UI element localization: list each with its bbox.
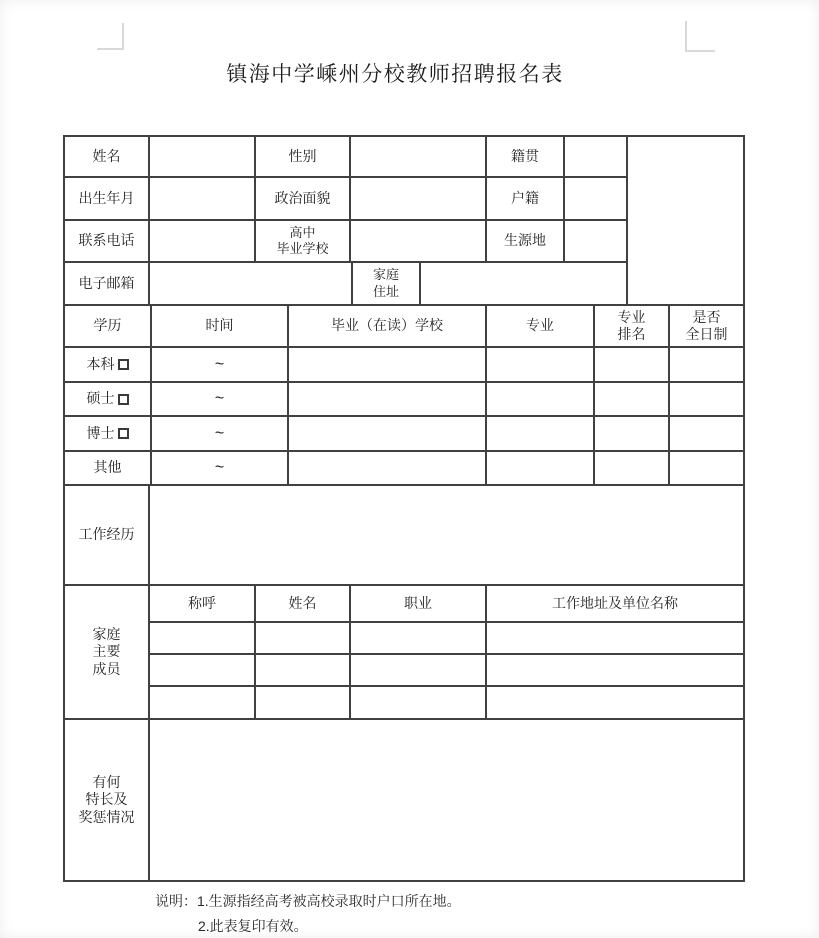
master-rank-cell xyxy=(595,383,670,417)
family3-workplace-cell xyxy=(487,687,743,720)
political-status-value-cell xyxy=(351,178,487,221)
basic-row-phone: 联系电话 高中 毕业学校 生源地 xyxy=(65,221,628,263)
master-label-text: 硕士 xyxy=(87,390,115,408)
student-origin-value-cell xyxy=(565,221,628,263)
family-header-row: 称呼 姓名 职业 工作地址及单位名称 xyxy=(150,586,743,623)
work-experience-value-cell xyxy=(150,486,743,586)
master-school-cell xyxy=(289,383,487,417)
family1-name-cell xyxy=(256,623,351,655)
education-header-row: 学历 时间 毕业（在读）学校 专业 专业 排名 是否 全日制 xyxy=(65,306,743,348)
education-school-header: 毕业（在读）学校 xyxy=(289,306,487,348)
doctor-major-cell xyxy=(487,417,595,452)
education-row-other: 其他 ~ xyxy=(65,452,743,486)
birth-date-label: 出生年月 xyxy=(65,178,150,221)
household-registration-value-cell xyxy=(565,178,628,221)
family-name-header: 姓名 xyxy=(256,586,351,623)
page-corner-mark-right xyxy=(685,21,715,52)
family1-title-cell xyxy=(150,623,256,655)
note-line-1: 说明：1.生源指经高考被高校录取时户口所在地。 xyxy=(155,889,461,914)
doctor-checkbox-icon xyxy=(118,428,129,439)
recruitment-form-table: 姓名 性别 籍贯 出生年月 政治面貌 户籍 联系电话 高中 毕业 xyxy=(63,135,745,882)
family2-workplace-cell xyxy=(487,655,743,687)
gender-value-cell xyxy=(351,137,487,178)
doctor-label: 博士 xyxy=(65,417,152,452)
family2-title-cell xyxy=(150,655,256,687)
family1-occupation-cell xyxy=(351,623,487,655)
email-value-cell xyxy=(150,263,353,306)
family2-occupation-cell xyxy=(351,655,487,687)
basic-row-email: 电子邮箱 家庭 住址 xyxy=(65,263,628,306)
master-time-cell: ~ xyxy=(152,383,289,417)
bachelor-time-cell: ~ xyxy=(152,348,289,383)
education-time-header: 时间 xyxy=(152,306,289,348)
education-major-header: 专业 xyxy=(487,306,595,348)
master-label: 硕士 xyxy=(65,383,152,417)
other-label: 其他 xyxy=(65,452,152,486)
family3-name-cell xyxy=(256,687,351,720)
family-occupation-header: 职业 xyxy=(351,586,487,623)
doctor-label-text: 博士 xyxy=(87,425,115,443)
name-value-cell xyxy=(150,137,256,178)
specialty-label-line3: 奖惩情况 xyxy=(79,809,135,827)
education-fulltime-header: 是否 全日制 xyxy=(670,306,743,348)
education-row-master: 硕士 ~ xyxy=(65,383,743,417)
family1-workplace-cell xyxy=(487,623,743,655)
family-row-3 xyxy=(150,687,743,720)
family2-name-cell xyxy=(256,655,351,687)
high-school-label-line2: 毕业学校 xyxy=(276,241,328,257)
education-rank-header: 专业 排名 xyxy=(595,306,670,348)
bachelor-label: 本科 xyxy=(65,348,152,383)
specialty-section: 有何 特长及 奖惩情况 xyxy=(65,720,743,880)
doctor-time-cell: ~ xyxy=(152,417,289,452)
family3-title-cell xyxy=(150,687,256,720)
name-label: 姓名 xyxy=(65,137,150,178)
family-label-line2: 主要 xyxy=(93,643,121,661)
work-experience-section: 工作经历 xyxy=(65,486,743,586)
other-rank-cell xyxy=(595,452,670,486)
doctor-school-cell xyxy=(289,417,487,452)
political-status-label: 政治面貌 xyxy=(256,178,351,221)
family-label-line3: 成员 xyxy=(93,661,121,679)
bachelor-major-cell xyxy=(487,348,595,383)
home-address-label-line1: 家庭 xyxy=(373,267,399,283)
basic-info-section: 姓名 性别 籍贯 出生年月 政治面貌 户籍 联系电话 高中 毕业 xyxy=(65,137,743,306)
master-major-cell xyxy=(487,383,595,417)
specialty-label-line1: 有何 xyxy=(93,774,121,792)
family-label: 家庭 主要 成员 xyxy=(65,586,150,720)
native-place-label: 籍贯 xyxy=(487,137,565,178)
household-registration-label: 户籍 xyxy=(487,178,565,221)
doctor-fulltime-cell xyxy=(670,417,743,452)
family-label-line1: 家庭 xyxy=(93,626,121,644)
fulltime-header-line1: 是否 xyxy=(693,309,721,327)
basic-info-left-block: 姓名 性别 籍贯 出生年月 政治面貌 户籍 联系电话 高中 毕业 xyxy=(65,137,628,306)
native-place-value-cell xyxy=(565,137,628,178)
home-address-label: 家庭 住址 xyxy=(353,263,421,306)
education-level-header: 学历 xyxy=(65,306,152,348)
bachelor-school-cell xyxy=(289,348,487,383)
family-workplace-header: 工作地址及单位名称 xyxy=(487,586,743,623)
other-time-cell: ~ xyxy=(152,452,289,486)
form-title: 镇海中学嵊州分校教师招聘报名表 xyxy=(0,58,790,88)
family-right-block: 称呼 姓名 职业 工作地址及单位名称 xyxy=(150,586,743,720)
basic-row-birth: 出生年月 政治面貌 户籍 xyxy=(65,178,628,221)
basic-row-name: 姓名 性别 籍贯 xyxy=(65,137,628,178)
note-line-2: 2.此表复印有效。 xyxy=(198,914,461,938)
education-row-bachelor: 本科 ~ xyxy=(65,348,743,383)
high-school-value-cell xyxy=(351,221,487,263)
family3-occupation-cell xyxy=(351,687,487,720)
specialty-label-line2: 特长及 xyxy=(86,791,128,809)
family-title-header: 称呼 xyxy=(150,586,256,623)
bachelor-checkbox-icon xyxy=(118,359,129,370)
phone-value-cell xyxy=(150,221,256,263)
gender-label: 性别 xyxy=(256,137,351,178)
bachelor-fulltime-cell xyxy=(670,348,743,383)
other-major-cell xyxy=(487,452,595,486)
other-school-cell xyxy=(289,452,487,486)
family-section: 家庭 主要 成员 称呼 姓名 职业 工作地址及单位名称 xyxy=(65,586,743,720)
email-label: 电子邮箱 xyxy=(65,263,150,306)
note-2-text: 2.此表复印有效。 xyxy=(198,918,308,934)
specialty-value-cell xyxy=(150,720,743,880)
photo-cell xyxy=(628,137,743,306)
phone-label: 联系电话 xyxy=(65,221,150,263)
form-notes: 说明：1.生源指经高考被高校录取时户口所在地。 2.此表复印有效。 xyxy=(155,889,461,938)
education-row-doctor: 博士 ~ xyxy=(65,417,743,452)
birth-date-value-cell xyxy=(150,178,256,221)
master-fulltime-cell xyxy=(670,383,743,417)
note-prefix: 说明： xyxy=(155,893,197,909)
bachelor-label-text: 本科 xyxy=(87,356,115,374)
note-1-text: 1.生源指经高考被高校录取时户口所在地。 xyxy=(197,893,461,909)
rank-header-line2: 排名 xyxy=(618,326,646,344)
page-corner-mark-left xyxy=(97,23,124,50)
doctor-rank-cell xyxy=(595,417,670,452)
home-address-value-cell xyxy=(421,263,628,306)
student-origin-label: 生源地 xyxy=(487,221,565,263)
fulltime-header-line2: 全日制 xyxy=(686,326,728,344)
education-section: 学历 时间 毕业（在读）学校 专业 专业 排名 是否 全日制 本科 ~ xyxy=(65,306,743,486)
master-checkbox-icon xyxy=(118,394,129,405)
family-row-1 xyxy=(150,623,743,655)
bachelor-rank-cell xyxy=(595,348,670,383)
work-experience-label: 工作经历 xyxy=(65,486,150,586)
home-address-label-line2: 住址 xyxy=(373,284,399,300)
other-fulltime-cell xyxy=(670,452,743,486)
rank-header-line1: 专业 xyxy=(618,309,646,327)
specialty-label: 有何 特长及 奖惩情况 xyxy=(65,720,150,880)
high-school-label: 高中 毕业学校 xyxy=(256,221,351,263)
family-row-2 xyxy=(150,655,743,687)
high-school-label-line1: 高中 xyxy=(289,225,315,241)
